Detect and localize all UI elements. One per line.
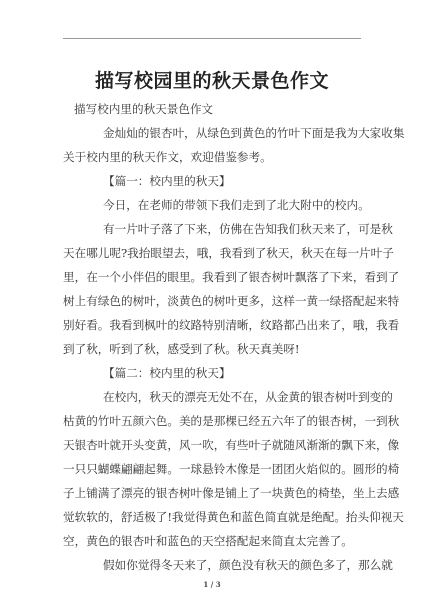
header-rule (63, 38, 361, 39)
page-indicator: 1 / 3 (0, 580, 424, 589)
paragraph-line: 里，在一个小伴侣的眼里。我看到了银杏树叶飘落了下来，看到了 (63, 270, 363, 284)
paragraph-line: 觉软软的，舒适极了!我觉得黄色和蓝色简直就是绝配。抬头仰视天 (63, 510, 363, 524)
document-subtitle: 描写校内里的秋天景色作文 (74, 102, 374, 116)
paragraph-line: 空，黄色的银杏叶和蓝色的天空搭配起来简直太完善了。 (63, 534, 363, 548)
paragraph-line: 一只只蝴蝶翩翩起舞。一球悬铃木像是一团团火焰似的。圆形的椅 (63, 462, 363, 476)
paragraph-line: 关于校内里的秋天作文，欢迎借鉴参考。 (63, 150, 363, 164)
paragraph-line: 假如你觉得冬天来了，颜色没有秋天的颜色多了，那么就 (103, 558, 403, 572)
paragraph-line: 子上铺满了漂亮的银杏树叶像是铺上了一块黄色的椅垫，坐上去感 (63, 486, 363, 500)
paragraph-line: 枯黄的竹叶五颜六色。美的是那棵已经五六年了的银杏树，一到秋 (63, 414, 363, 428)
paragraph-line: 树上有绿色的树叶，淡黄色的树叶更多，这样一黄一绿搭配起来特 (63, 294, 363, 308)
paragraph-line: 金灿灿的银杏叶，从绿色到黄色的竹叶下面是我为大家收集 (103, 126, 403, 140)
document-title: 描写校园里的秋天景色作文 (0, 66, 424, 93)
paragraph-line: 天银杏叶就开头变黄，风一吹，有些叶子就随风渐渐的飘下来，像 (63, 438, 363, 452)
paragraph-line: 到了秋，听到了秋，感受到了秋。秋天真美呀! (63, 342, 363, 356)
paragraph-line: 有一片叶子落了下来，仿佛在告知我们秋天来了，可是秋 (103, 222, 403, 236)
section-heading-2: 【篇二：校内里的秋天】 (103, 366, 403, 380)
paragraph-line: 别好看。我看到枫叶的纹路特别清晰，纹路都凸出来了，哦，我看 (63, 318, 363, 332)
paragraph-line: 在校内，秋天的漂亮无处不在，从金黄的银杏树叶到变的 (103, 390, 403, 404)
section-heading-1: 【篇一：校内里的秋天】 (103, 174, 403, 188)
paragraph-line: 今日，在老师的带领下我们走到了北大附中的校内。 (103, 198, 403, 212)
paragraph-line: 天在哪儿呢?我抬眼望去，哦，我看到了秋天，秋天在每一片叶子 (63, 246, 363, 260)
